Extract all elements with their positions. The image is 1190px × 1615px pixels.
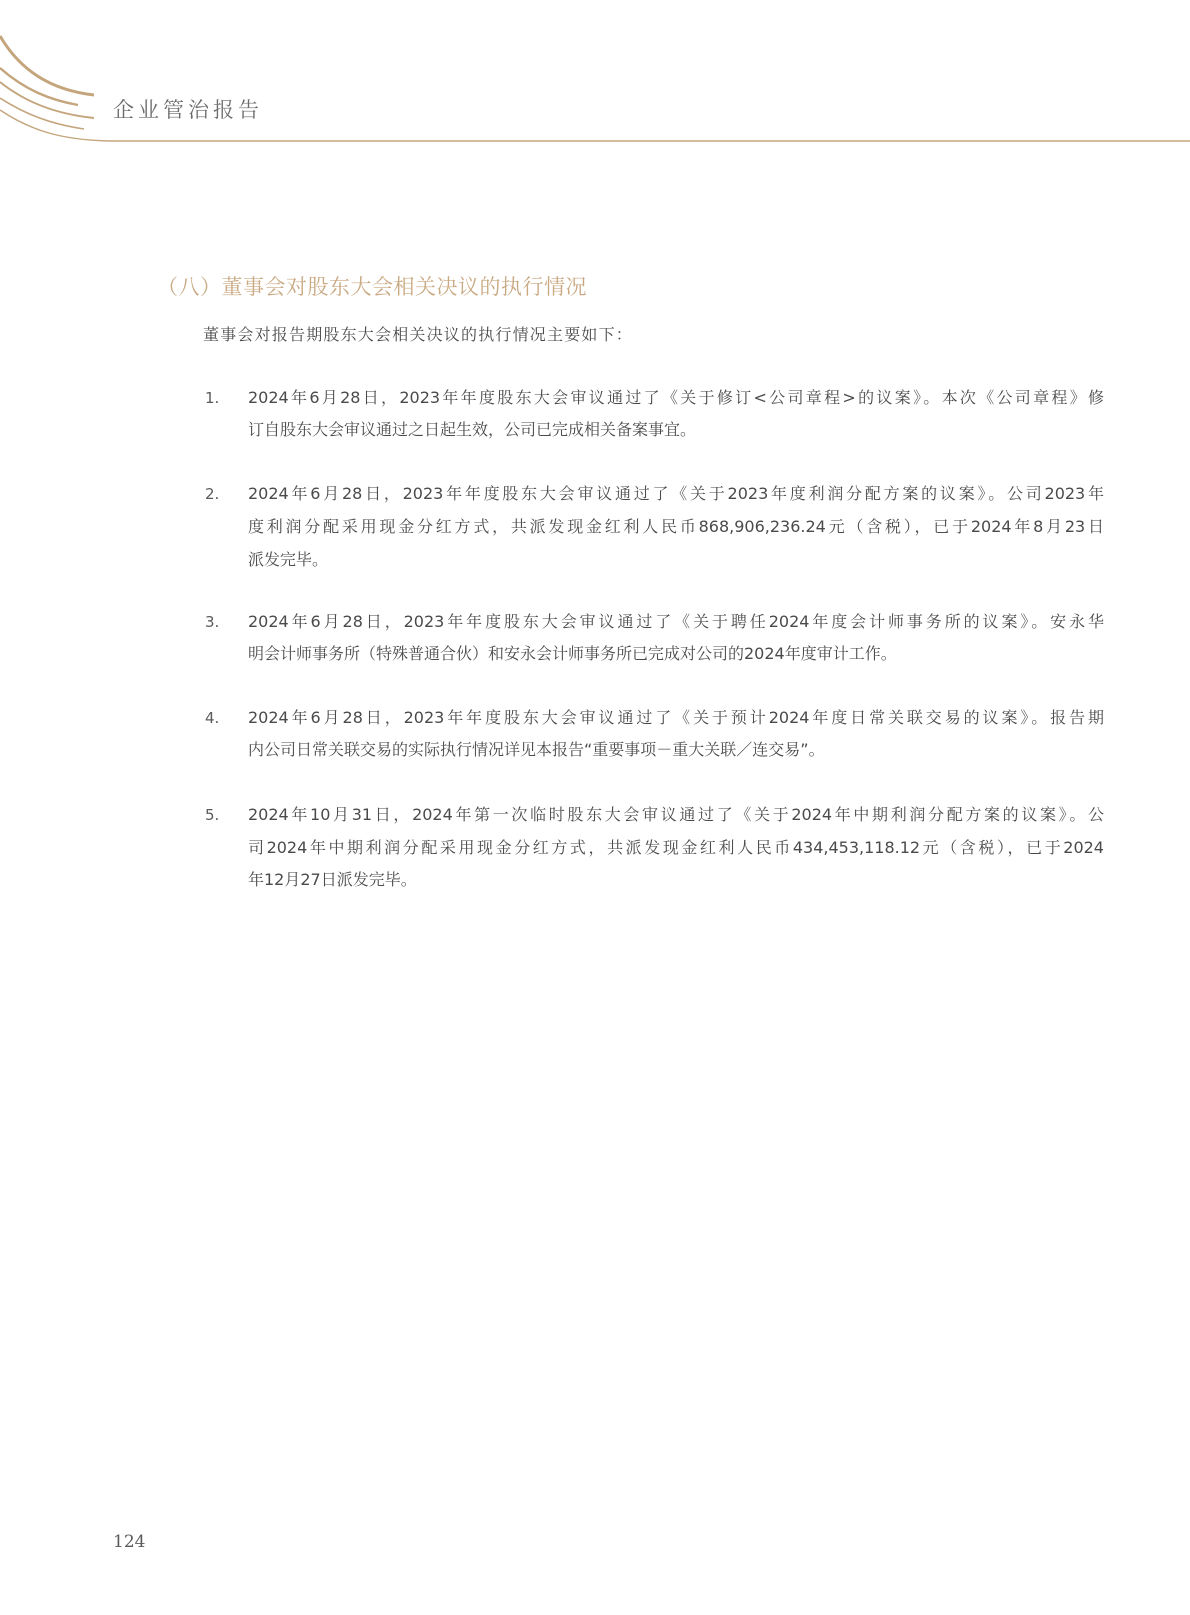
list-item-line: 2024年6月28日，2023年年度股东大会审议通过了《关于修订<公司章程>的议…: [248, 386, 1104, 410]
header-arc-decoration-icon: [0, 0, 1190, 150]
list-item-line: 2024年6月28日，2023年年度股东大会审议通过了《关于2023年度利润分配…: [248, 482, 1104, 506]
list-item-number: 2.: [205, 482, 219, 506]
list-item-line: 2024年6月28日，2023年年度股东大会审议通过了《关于预计2024年度日常…: [248, 706, 1104, 730]
list-item-line: 2024年6月28日，2023年年度股东大会审议通过了《关于聘任2024年度会计…: [248, 610, 1104, 634]
list-item-line: 订自股东大会审议通过之日起生效，公司已完成相关备案事宜。: [248, 418, 1104, 442]
list-item-number: 5.: [205, 803, 219, 827]
list-item-line: 度利润分配采用现金分红方式，共派发现金红利人民币868,906,236.24元（…: [248, 515, 1104, 539]
section-heading: （八）董事会对股东大会相关决议的执行情况: [157, 272, 587, 302]
list-item-line: 司2024年中期利润分配采用现金分红方式，共派发现金红利人民币434,453,1…: [248, 836, 1104, 860]
section-intro: 董事会对报告期股东大会相关决议的执行情况主要如下：: [203, 323, 633, 347]
list-item-number: 4.: [205, 706, 219, 730]
list-item-line: 明会计师事务所（特殊普通合伙）和安永会计师事务所已完成对公司的2024年度审计工…: [248, 642, 1104, 666]
page-number: 124: [113, 1530, 145, 1554]
list-item-line: 内公司日常关联交易的实际执行情况详见本报告“重要事项－重大关联／连交易”。: [248, 738, 1104, 762]
header-title: 企业管治报告: [113, 95, 263, 125]
list-item-line: 2024年10月31日，2024年第一次临时股东大会审议通过了《关于2024年中…: [248, 803, 1104, 827]
list-item-number: 3.: [205, 610, 219, 634]
list-item-line: 派发完毕。: [248, 548, 1104, 572]
list-item-line: 年12月27日派发完毕。: [248, 868, 1104, 892]
list-item-number: 1.: [205, 386, 219, 410]
